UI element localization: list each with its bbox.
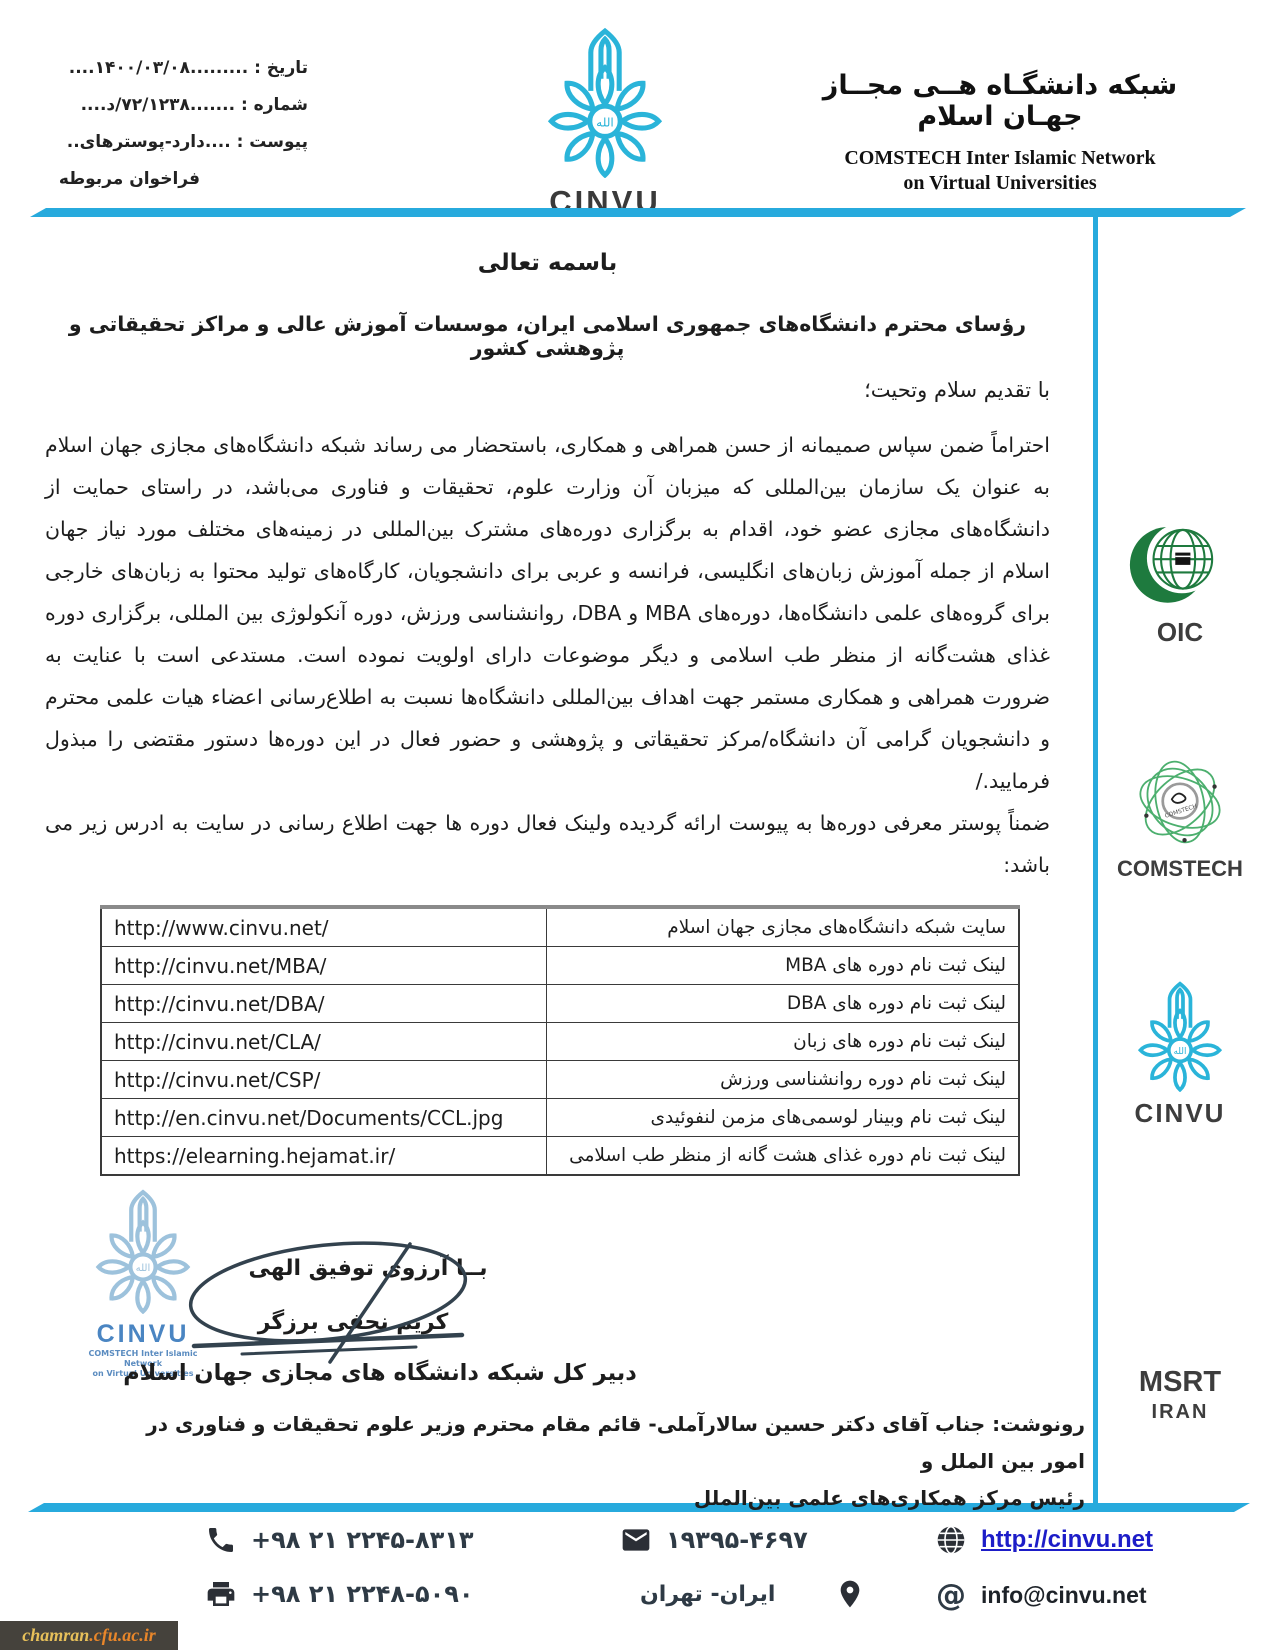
footer-email-row: @ info@cinvu.net — [935, 1578, 1147, 1613]
printer-icon — [205, 1578, 237, 1610]
badge-part1: chamran — [22, 1625, 89, 1646]
course-label-cell: سایت شبکه دانشگاه‌های مجازی جهان اسلام — [546, 907, 1019, 947]
letter-page: تاریخ : .........۱۴۰۰/۰۳/۰۸.... شماره : … — [0, 0, 1275, 1650]
msrt-label: MSRT — [1090, 1366, 1270, 1399]
cc-line2: رئیس مرکز همکاری‌های علمی بین‌الملل — [140, 1480, 1085, 1517]
envelope-icon — [620, 1524, 652, 1556]
table-row: لینک ثبت نام وبینار لوسمی‌های مزمن لنفوئ… — [101, 1099, 1019, 1137]
signer-title: دبیر کل شبکه دانشگاه های مجازی جهان اسلا… — [120, 1360, 640, 1386]
msrt-country-label: IRAN — [1090, 1401, 1270, 1424]
basmala: باسمه تعالی — [45, 250, 1050, 276]
footer-fax: +۹۸ ۲۱ ۲۲۴۸-۵۰۹۰ — [251, 1580, 474, 1608]
oic-logo-icon — [1128, 515, 1232, 611]
table-row: لینک ثبت نام دوره های زبان http://cinvu.… — [101, 1023, 1019, 1061]
table-row: لینک ثبت نام دوره روانشناسی ورزش http://… — [101, 1061, 1019, 1099]
footer-website-row: http://cinvu.net — [935, 1524, 1153, 1556]
cinvu-header-logo: CINVU — [535, 26, 675, 220]
header-divider — [30, 208, 1246, 217]
course-label-cell: لینک ثبت نام دوره های DBA — [546, 985, 1019, 1023]
org-title-en-line1: COMSTECH Inter Islamic Network — [780, 146, 1220, 171]
org-title-en: COMSTECH Inter Islamic Network on Virtua… — [780, 146, 1220, 196]
oic-logo-block: OIC — [1090, 515, 1270, 648]
comstech-label: COMSTECH — [1090, 856, 1270, 882]
course-label-cell: لینک ثبت نام دوره های زبان — [546, 1023, 1019, 1061]
addressee-line: رؤسای محترم دانشگاه‌های جمهوری اسلامی ای… — [45, 312, 1050, 360]
at-sign-icon: @ — [935, 1578, 967, 1613]
cinvu-sidebar-logo-block: CINVU — [1090, 980, 1270, 1129]
course-label-cell: لینک ثبت نام دوره روانشناسی ورزش — [546, 1061, 1019, 1099]
letter-attachment: پیوست : ....دارد-پوسترهای.. — [40, 124, 308, 161]
table-row: لینک ثبت نام دوره های DBA http://cinvu.n… — [101, 985, 1019, 1023]
comstech-logo-icon: COMSTECH — [1128, 752, 1232, 852]
course-label-cell: لینک ثبت نام وبینار لوسمی‌های مزمن لنفوئ… — [546, 1099, 1019, 1137]
footer-fax-row: +۹۸ ۲۱ ۲۲۴۸-۵۰۹۰ — [205, 1578, 474, 1610]
org-title-en-line2: on Virtual Universities — [780, 171, 1220, 196]
globe-icon — [935, 1524, 967, 1556]
cinvu-sidebar-label: CINVU — [1090, 1098, 1270, 1129]
cc-line1: رونوشت: جناب آقای دکتر حسین سالارآملی- ق… — [140, 1406, 1085, 1480]
course-url-cell: http://www.cinvu.net/ — [101, 907, 546, 947]
letter-number: شماره : .......۷۲/۱۲۳۸/د.... — [40, 87, 308, 124]
handwritten-signature — [178, 1236, 478, 1368]
course-label-cell: لینک ثبت نام دوره غذای هشت گانه از منظر … — [546, 1137, 1019, 1176]
table-row: لینک ثبت نام دوره های MBA http://cinvu.n… — [101, 947, 1019, 985]
salutation-line: با تقدیم سلام وتحیت؛ — [45, 378, 1050, 402]
badge-part2: .cfu.ac.ir — [89, 1625, 156, 1646]
comstech-logo-block: COMSTECH COMSTECH — [1090, 752, 1270, 882]
footer-location: ایران- تهران — [640, 1582, 820, 1607]
footer-postal-code: ۱۹۳۹۵-۴۶۹۷ — [666, 1526, 808, 1554]
source-watermark-badge: chamran.cfu.ac.ir — [0, 1621, 178, 1650]
website-link[interactable]: http://cinvu.net — [981, 1526, 1153, 1554]
letter-meta-block: تاریخ : .........۱۴۰۰/۰۳/۰۸.... شماره : … — [40, 50, 308, 198]
course-url-cell: http://cinvu.net/DBA/ — [101, 985, 546, 1023]
footer-email: info@cinvu.net — [981, 1582, 1147, 1609]
cinvu-flower-icon — [541, 26, 669, 178]
location-pin-icon — [834, 1578, 866, 1610]
footer-postal-row: ۱۹۳۹۵-۴۶۹۷ — [620, 1524, 808, 1556]
org-title-fa: شبکه دانشگـاه هــی مجــاز جهـان اسلام — [780, 70, 1220, 132]
course-url-cell: http://cinvu.net/MBA/ — [101, 947, 546, 985]
course-url-cell: http://en.cinvu.net/Documents/CCL.jpg — [101, 1099, 546, 1137]
footer-phone-row: +۹۸ ۲۱ ۲۲۴۵-۸۳۱۳ — [205, 1524, 474, 1556]
cinvu-sidebar-flower-icon — [1134, 980, 1226, 1092]
letter-date: تاریخ : .........۱۴۰۰/۰۳/۰۸.... — [40, 50, 308, 87]
letter-attachment-2: فراخوان مربوطه — [40, 161, 308, 198]
oic-label: OIC — [1090, 617, 1270, 648]
footer-phone: +۹۸ ۲۱ ۲۲۴۵-۸۳۱۳ — [251, 1526, 474, 1554]
org-title-block: شبکه دانشگـاه هــی مجــاز جهـان اسلام CO… — [780, 70, 1220, 196]
course-label-cell: لینک ثبت نام دوره های MBA — [546, 947, 1019, 985]
course-url-cell: http://cinvu.net/CLA/ — [101, 1023, 546, 1061]
letter-paragraph: ضمناً پوستر معرفی دوره‌ها به پیوست ارائه… — [45, 802, 1050, 886]
course-url-cell: https://elearning.hejamat.ir/ — [101, 1137, 546, 1176]
cc-block: رونوشت: جناب آقای دکتر حسین سالارآملی- ق… — [140, 1406, 1085, 1517]
msrt-block: MSRT IRAN — [1090, 1366, 1270, 1424]
footer-location-row: ایران- تهران — [640, 1578, 866, 1610]
letter-body: احتراماً ضمن سپاس صمیمانه از حسن همراهی … — [45, 424, 1050, 886]
course-url-cell: http://cinvu.net/CSP/ — [101, 1061, 546, 1099]
table-row: سایت شبکه دانشگاه‌های مجازی جهان اسلام h… — [101, 907, 1019, 947]
phone-icon — [205, 1524, 237, 1556]
course-links-table: سایت شبکه دانشگاه‌های مجازی جهان اسلام h… — [100, 905, 1020, 1176]
table-row: لینک ثبت نام دوره غذای هشت گانه از منظر … — [101, 1137, 1019, 1176]
letter-paragraph: احتراماً ضمن سپاس صمیمانه از حسن همراهی … — [45, 424, 1050, 802]
